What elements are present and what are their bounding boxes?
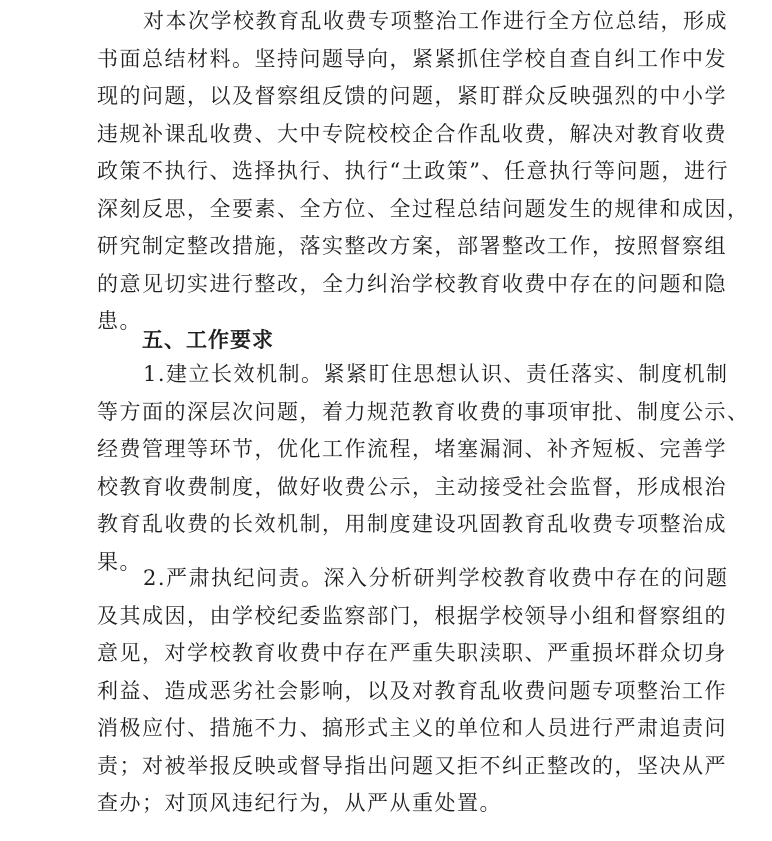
text-line: 研究制定整改措施，落实整改方案，部署整改工作，按照督察组 [97, 228, 693, 266]
text-line: 1.建立长效机制。紧紧盯住思想认识、责任落实、制度机制 [97, 356, 693, 394]
text-line: 对本次学校教育乱收费专项整治工作进行全方位总结，形成 [97, 3, 693, 41]
requirement-item-2: 2.严肃执纪问责。深入分析研判学校教育收费中存在的问题 及其成因，由学校纪委监察… [97, 560, 693, 823]
requirement-item-1: 1.建立长效机制。紧紧盯住思想认识、责任落实、制度机制 等方面的深层次问题，着力… [97, 356, 693, 581]
text-line: 等方面的深层次问题，着力规范教育收费的事项审批、制度公示、 [97, 394, 693, 432]
section-title: 五、工作要求 [97, 322, 693, 359]
paragraph-summary: 对本次学校教育乱收费专项整治工作进行全方位总结，形成 书面总结材料。坚持问题导向… [97, 3, 693, 341]
text-line: 深刻反思，全要素、全方位、全过程总结问题发生的规律和成因， [97, 191, 693, 229]
document-page: 对本次学校教育乱收费专项整治工作进行全方位总结，形成 书面总结材料。坚持问题导向… [0, 0, 772, 841]
text-line: 校教育收费制度，做好收费公示，主动接受社会监督，形成根治 [97, 469, 693, 507]
text-line: 违规补课乱收费、大中专院校校企合作乱收费，解决对教育收费 [97, 116, 693, 154]
text-line: 利益、造成恶劣社会影响，以及对教育乱收费问题专项整治工作 [97, 673, 693, 711]
text-line: 责；对被举报反映或督导指出问题又拒不纠正整改的，坚决从严 [97, 748, 693, 786]
text-line: 及其成因，由学校纪委监察部门，根据学校领导小组和督察组的 [97, 598, 693, 636]
text-line: 经费管理等环节，优化工作流程，堵塞漏洞、补齐短板、完善学 [97, 431, 693, 469]
text-line: 的意见切实进行整改，全力纠治学校教育收费中存在的问题和隐 [97, 266, 693, 304]
text-line: 2.严肃执纪问责。深入分析研判学校教育收费中存在的问题 [97, 560, 693, 598]
text-line: 查办；对顶风违纪行为，从严从重处置。 [97, 785, 693, 823]
text-line: 消极应付、措施不力、搞形式主义的单位和人员进行严肃追责问 [97, 710, 693, 748]
text-line: 政策不执行、选择执行、执行“土政策”、任意执行等问题，进行 [97, 153, 693, 191]
text-line: 现的问题，以及督察组反馈的问题，紧盯群众反映强烈的中小学 [97, 78, 693, 116]
text-line: 书面总结材料。坚持问题导向，紧紧抓住学校自查自纠工作中发 [97, 41, 693, 79]
section-heading: 五、工作要求 [97, 322, 693, 359]
text-line: 教育乱收费的长效机制，用制度建设巩固教育乱收费专项整治成 [97, 506, 693, 544]
text-line: 意见，对学校教育收费中存在严重失职渎职、严重损坏群众切身 [97, 635, 693, 673]
